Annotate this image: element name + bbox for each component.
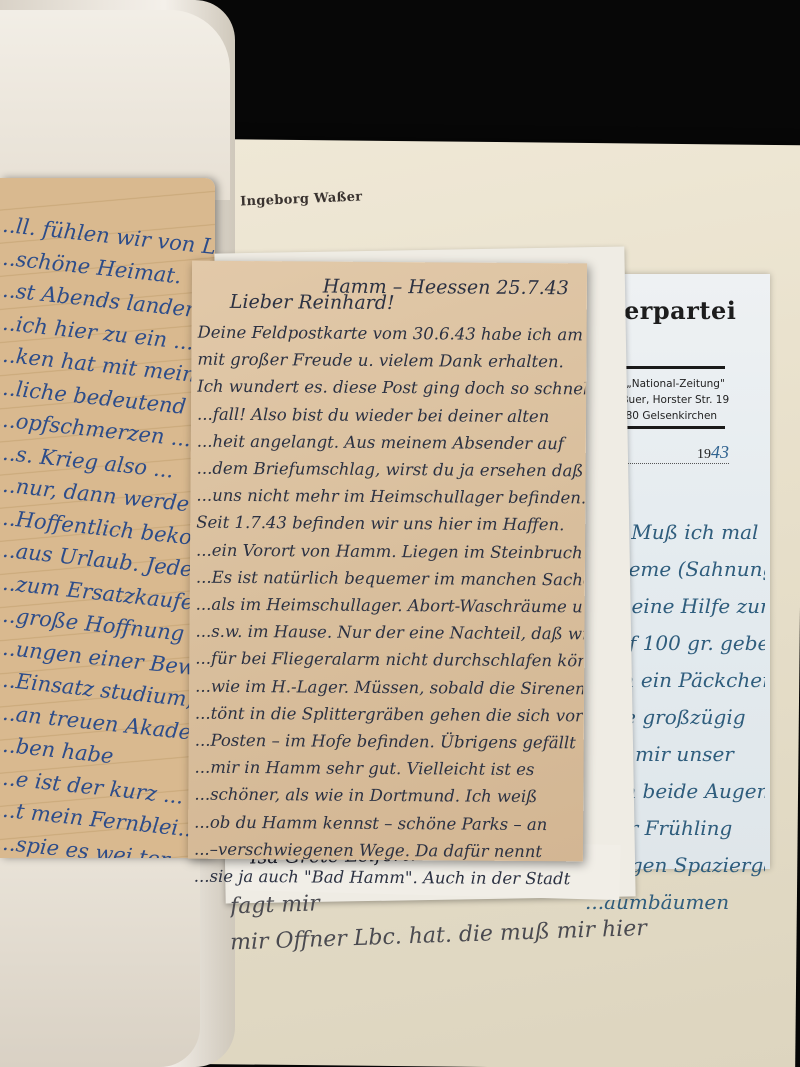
handwritten-line: ...fall! Also bist du wieder bei deiner …: [197, 400, 585, 430]
date-year-prefix: 19: [697, 447, 711, 462]
handwritten-line: Seit 1.7.43 befinden wir uns hier im Haf…: [196, 509, 584, 539]
handwritten-line: ...Posten – im Hofe befinden. Übrigens g…: [195, 727, 583, 757]
handwritten-line: ...–verschwiegenen Wege. Da dafür nennt: [194, 836, 582, 866]
handwritten-line: ...schöner, als wie in Dortmund. Ich wei…: [194, 781, 582, 811]
date-year-suffix: 43: [711, 442, 729, 462]
handwritten-line: ...als im Heimschullager. Abort-Waschräu…: [196, 591, 584, 621]
curled-page-bottom: [0, 850, 200, 1067]
handwritten-line: Deine Feldpostkarte vom 30.6.43 habe ich…: [197, 319, 585, 349]
handwritten-line: ...mir in Hamm sehr gut. Vielleicht ist …: [194, 754, 582, 784]
handwritten-line: ...tönt in die Splittergräben gehen die …: [195, 700, 583, 730]
handwritten-line: ...s.w. im Hause. Nur der eine Nachteil,…: [195, 618, 583, 648]
letter-greeting: Lieber Reinhard!: [230, 291, 395, 314]
handwritten-line: ...uns nicht mehr im Heimschullager befi…: [196, 482, 584, 512]
lined-notebook-letter: ...ll. fühlen wir von Lans ...schöne Hei…: [0, 178, 215, 858]
handwritten-line: mit großer Freude u. vielem Dank erhalte…: [197, 346, 585, 376]
back-page-handwriting: fagt mir mir Offner Lbc. hat. die muß mi…: [230, 880, 770, 952]
curled-page-top: [0, 10, 230, 200]
page-header-name: Ingeborg Waßer: [240, 189, 363, 209]
date-year: 1943: [697, 442, 729, 463]
handwritten-line: ...ein Vorort von Hamm. Liegen im Steinb…: [196, 536, 584, 566]
handwritten-line: Ich wundert es. diese Post ging doch so …: [197, 373, 585, 403]
handwritten-line: ...Es ist natürlich bequemer im manchen …: [196, 563, 584, 593]
handwritten-line: ...heit angelangt. Aus meinem Absender a…: [197, 427, 585, 457]
letter-body: Deine Feldpostkarte vom 30.6.43 habe ich…: [194, 319, 586, 893]
handwritten-line: ...dem Briefumschlag, wirst du ja ersehe…: [197, 455, 585, 485]
handwritten-line: ...ob du Hamm kennst – schöne Parks – an: [194, 808, 582, 838]
handwritten-line: ...für bei Fliegeralarm nicht durchschla…: [195, 645, 583, 675]
handwritten-line: ...wie im H.-Lager. Müssen, sobald die S…: [195, 672, 583, 702]
main-handwritten-letter: Hamm – Heessen 25.7.43 Lieber Reinhard! …: [188, 261, 587, 862]
